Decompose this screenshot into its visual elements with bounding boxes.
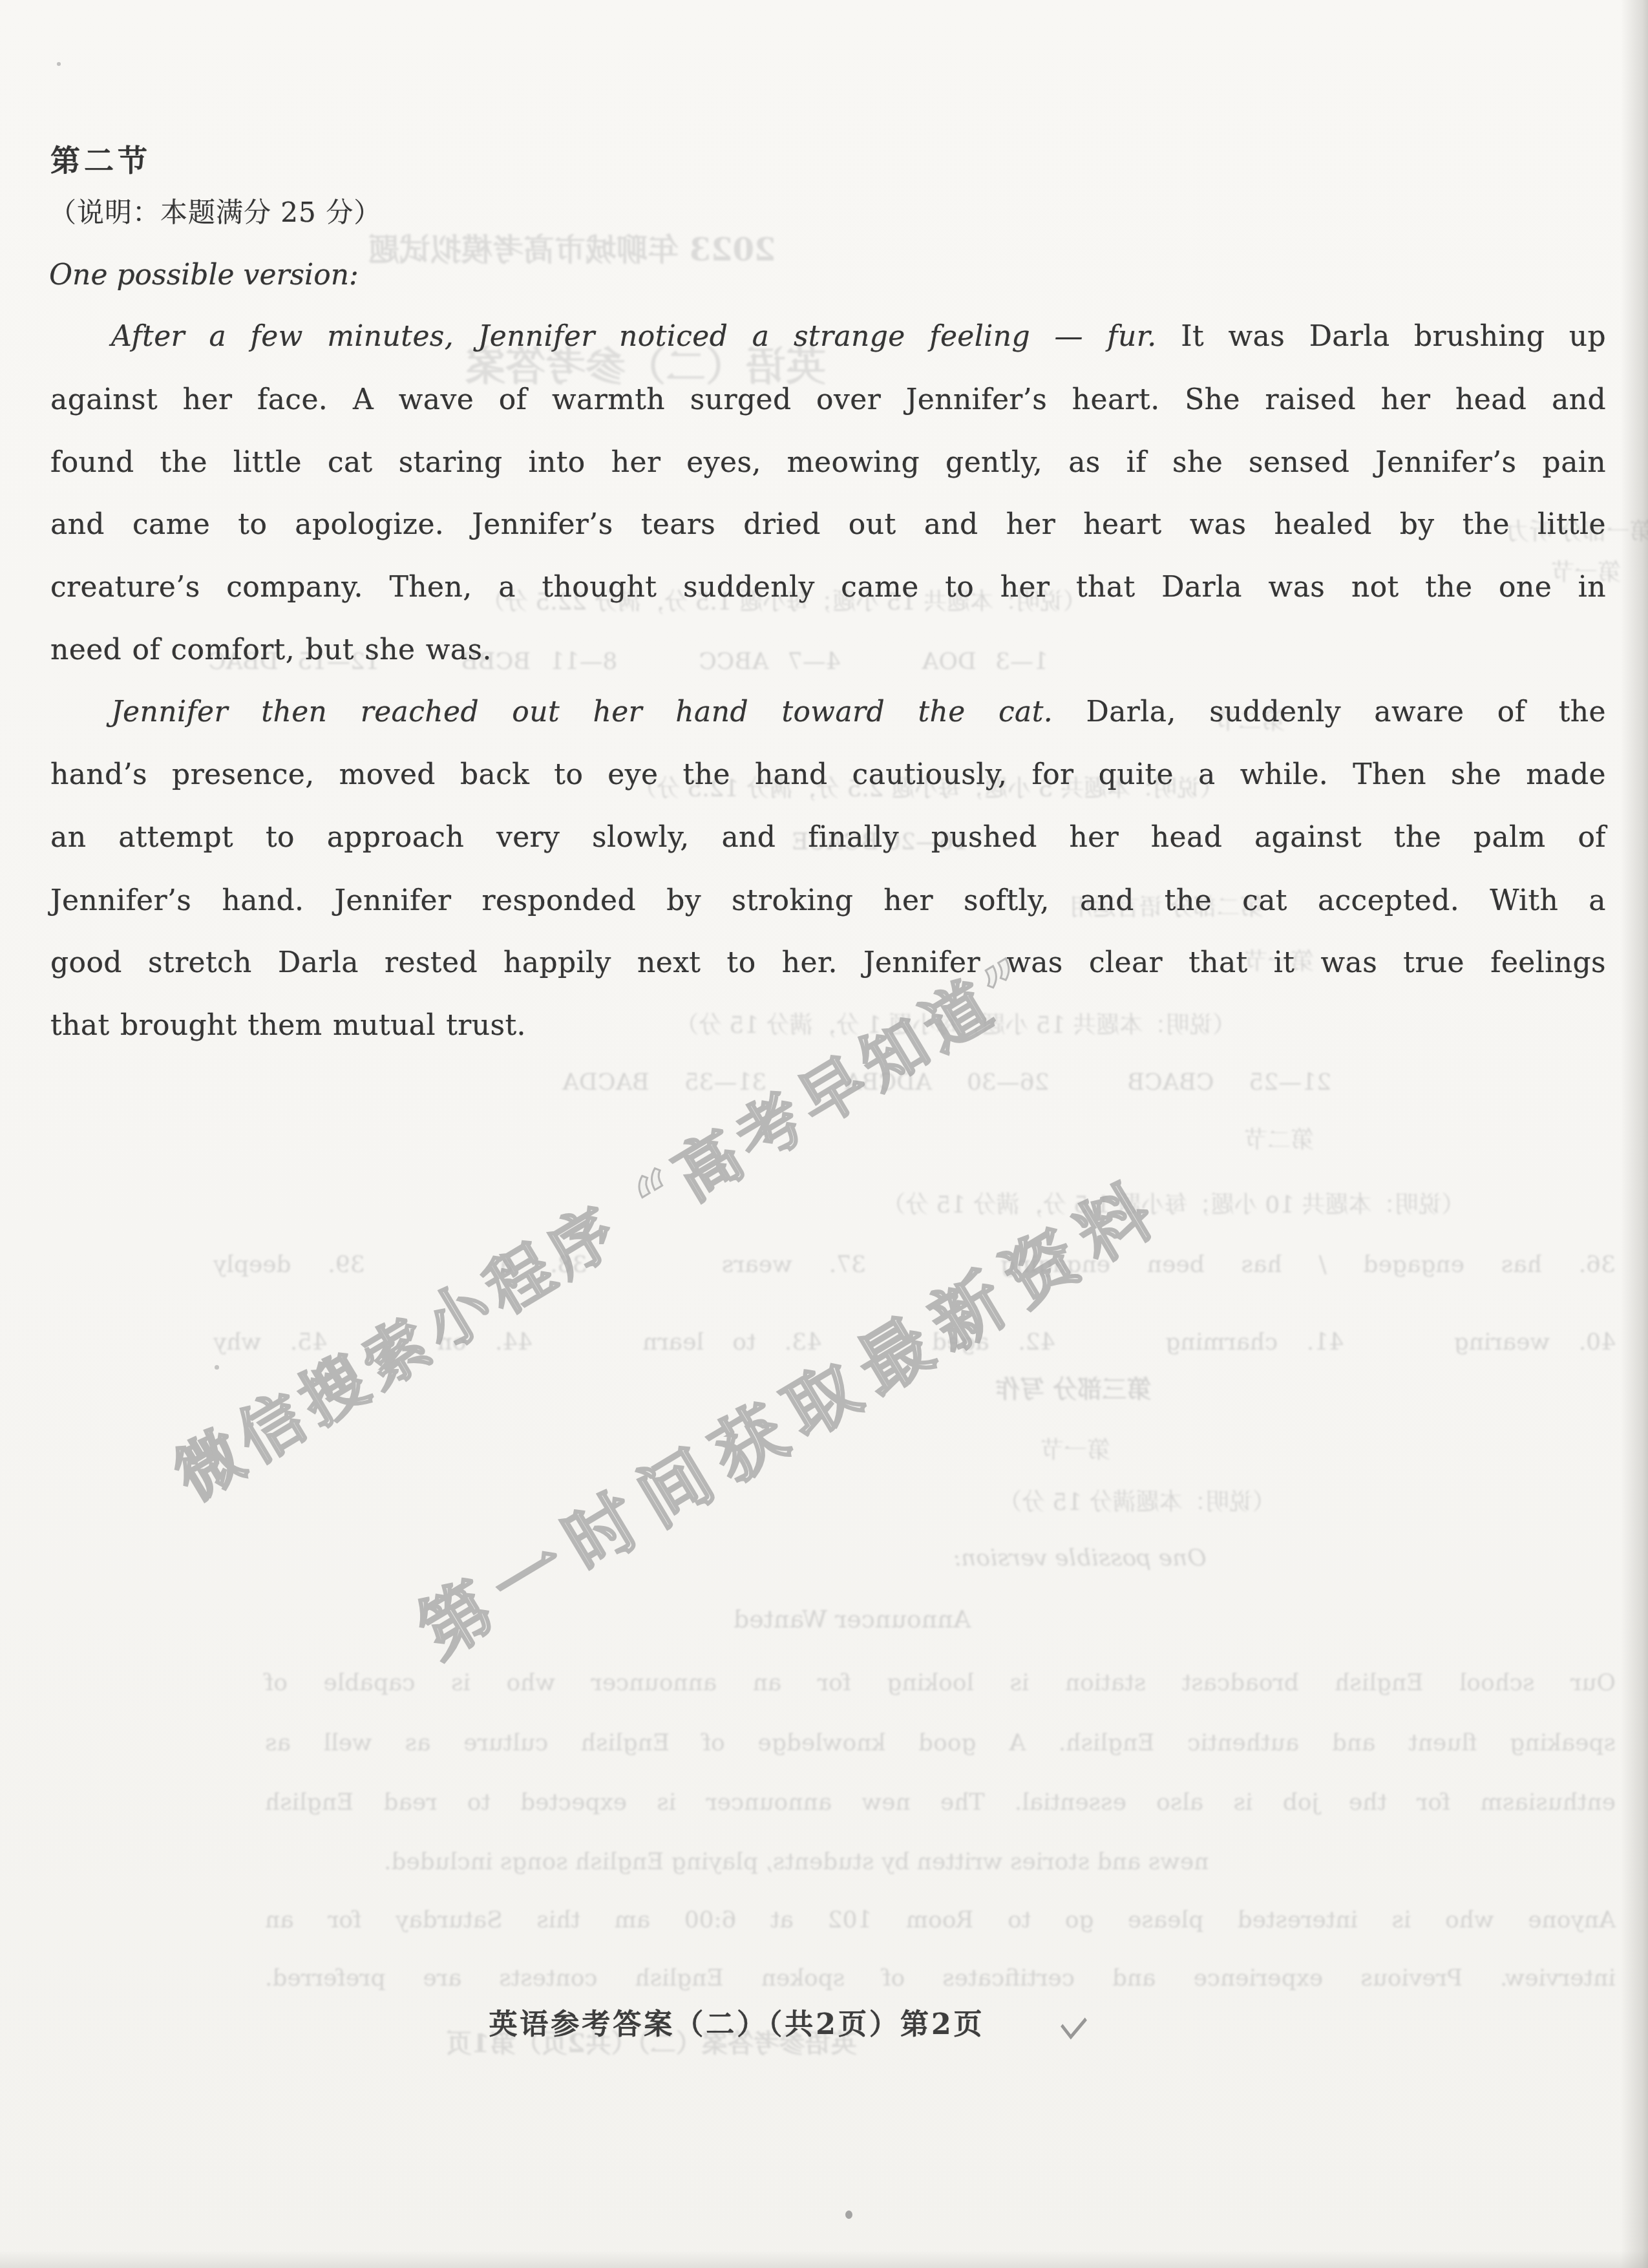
score-note: （说明：本题满分 25 分） xyxy=(49,191,381,230)
essay-line: good stretch Darla rested happily next t… xyxy=(50,946,1606,980)
essay-line: Jennifer then reached out her hand towar… xyxy=(50,695,1606,730)
essay-line: against her face. A wave of warmth surge… xyxy=(50,383,1606,418)
essay-line: hand’s presence, moved back to eye the h… xyxy=(50,758,1606,792)
scanned-answer-page: 2023 年聊城市高考模拟试题英语（二）参考答案第一部分 听力第一节（说明：本题… xyxy=(0,0,1648,2268)
bleedthrough-line: 36. has engaged / has been engaging 37. … xyxy=(213,1246,1616,1279)
bleedthrough-line: speaking fluent and authentic English. A… xyxy=(265,1730,1616,1756)
essay-line: and came to apologize. Jennifer’s tears … xyxy=(50,507,1606,542)
essay-line: found the little cat staring into her ey… xyxy=(50,445,1606,480)
bleedthrough-line: Anyone who is interested please go to Ro… xyxy=(265,1907,1616,1933)
bleedthrough-line: 2023 年聊城市高考模拟试题 xyxy=(368,225,776,270)
section-heading: 第二节 xyxy=(50,137,151,180)
ink-speck xyxy=(215,1365,219,1370)
bleedthrough-line: 第二节 xyxy=(1244,1122,1314,1155)
essay-line: After a few minutes, Jennifer noticed a … xyxy=(50,319,1606,354)
version-label: One possible version: xyxy=(49,259,359,291)
bleedthrough-line: Our school English broadcast station is … xyxy=(265,1669,1616,1696)
ink-speck xyxy=(845,2210,852,2219)
bleedthrough-line: interview. Previous experience and certi… xyxy=(265,1965,1616,1991)
bleedthrough-line: One possible version: xyxy=(953,1545,1207,1571)
essay-line: Jennifer’s hand. Jennifer responded by s… xyxy=(50,884,1606,918)
scan-edge-shadow-right xyxy=(1621,0,1648,2268)
essay-line: creature’s company. Then, a thought sudd… xyxy=(50,570,1606,605)
essay-line: that brought them mutual trust. xyxy=(50,1008,1606,1043)
essay-line: an attempt to approach very slowly, and … xyxy=(50,820,1606,855)
scan-edge-shadow-bottom xyxy=(0,2251,1648,2268)
bleedthrough-line: 第一节 xyxy=(1041,1432,1110,1465)
ink-speck xyxy=(57,62,61,66)
bleedthrough-line: Announcer Wanted xyxy=(734,1605,971,1633)
bleedthrough-line: news and stories written by students, pl… xyxy=(384,1849,1209,1875)
essay-line: need of comfort, but she was. xyxy=(50,633,1606,668)
bleedthrough-line: 第三部分 写作 xyxy=(995,1369,1151,1404)
pen-check-mark xyxy=(1061,2007,1087,2039)
bleedthrough-line: enthusiasm for the job is also essential… xyxy=(265,1789,1616,1816)
bleedthrough-line: （说明：本题满分 15 分） xyxy=(998,1484,1276,1517)
page-footer: 英语参考答案（二）（共2页）第2页 xyxy=(446,2001,1028,2042)
